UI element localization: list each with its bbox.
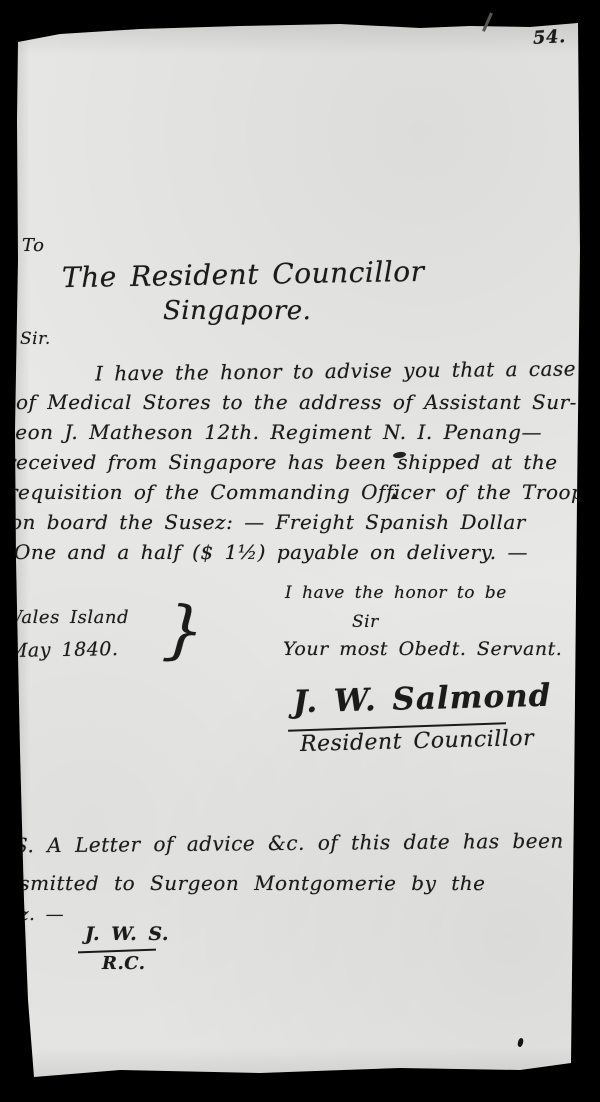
signature-title: Resident Councillor [300, 727, 535, 757]
place-date-brace: } [161, 595, 207, 668]
salutation: Sir. [20, 330, 51, 349]
page-number: 54. [533, 27, 567, 48]
closing-line: Your most Obedt. Servant. [283, 639, 562, 660]
postscript-line: ez. — [8, 905, 64, 925]
body-line: requisition of the Commanding Officer of… [8, 481, 595, 503]
body-line: geon J. Matheson 12th. Regiment N. I. Pe… [2, 421, 542, 443]
body-line: of Medical Stores to the address of Assi… [16, 391, 577, 413]
scanned-document-background: 54. To The Resident Councillor Singapore… [0, 0, 600, 1102]
insertion-caret-mark: ▲ [391, 492, 398, 501]
place-date-line: May 1840. [8, 639, 119, 662]
address-to: To [22, 236, 44, 256]
ink-speck [517, 1037, 524, 1047]
letter-page: 54. To The Resident Councillor Singapore… [0, 0, 600, 1102]
postscript-line: S. A Letter of advice &c. of this date h… [14, 830, 564, 857]
signature: J. W. Salmond [293, 679, 552, 720]
postscript-countersign: R.C. [102, 954, 146, 974]
closing-line: I have the honor to be [285, 584, 507, 603]
body-line: I have the honor to advise you that a ca… [95, 357, 576, 384]
body-line: One and a half ($ 1½) payable on deliver… [14, 541, 528, 563]
body-line: on board the Susez: — Freight Spanish Do… [10, 511, 526, 533]
address-place: Singapore. [163, 297, 311, 326]
body-line: received from Singapore has been shipped… [6, 451, 558, 473]
address-recipient: The Resident Councillor [62, 257, 425, 294]
closing-line: Sir [352, 613, 379, 632]
postscript-line: nsmitted to Surgeon Montgomerie by the [6, 872, 486, 894]
place-date-line: Wales Island [4, 608, 129, 628]
postscript-initials: J. W. S. [85, 924, 169, 945]
